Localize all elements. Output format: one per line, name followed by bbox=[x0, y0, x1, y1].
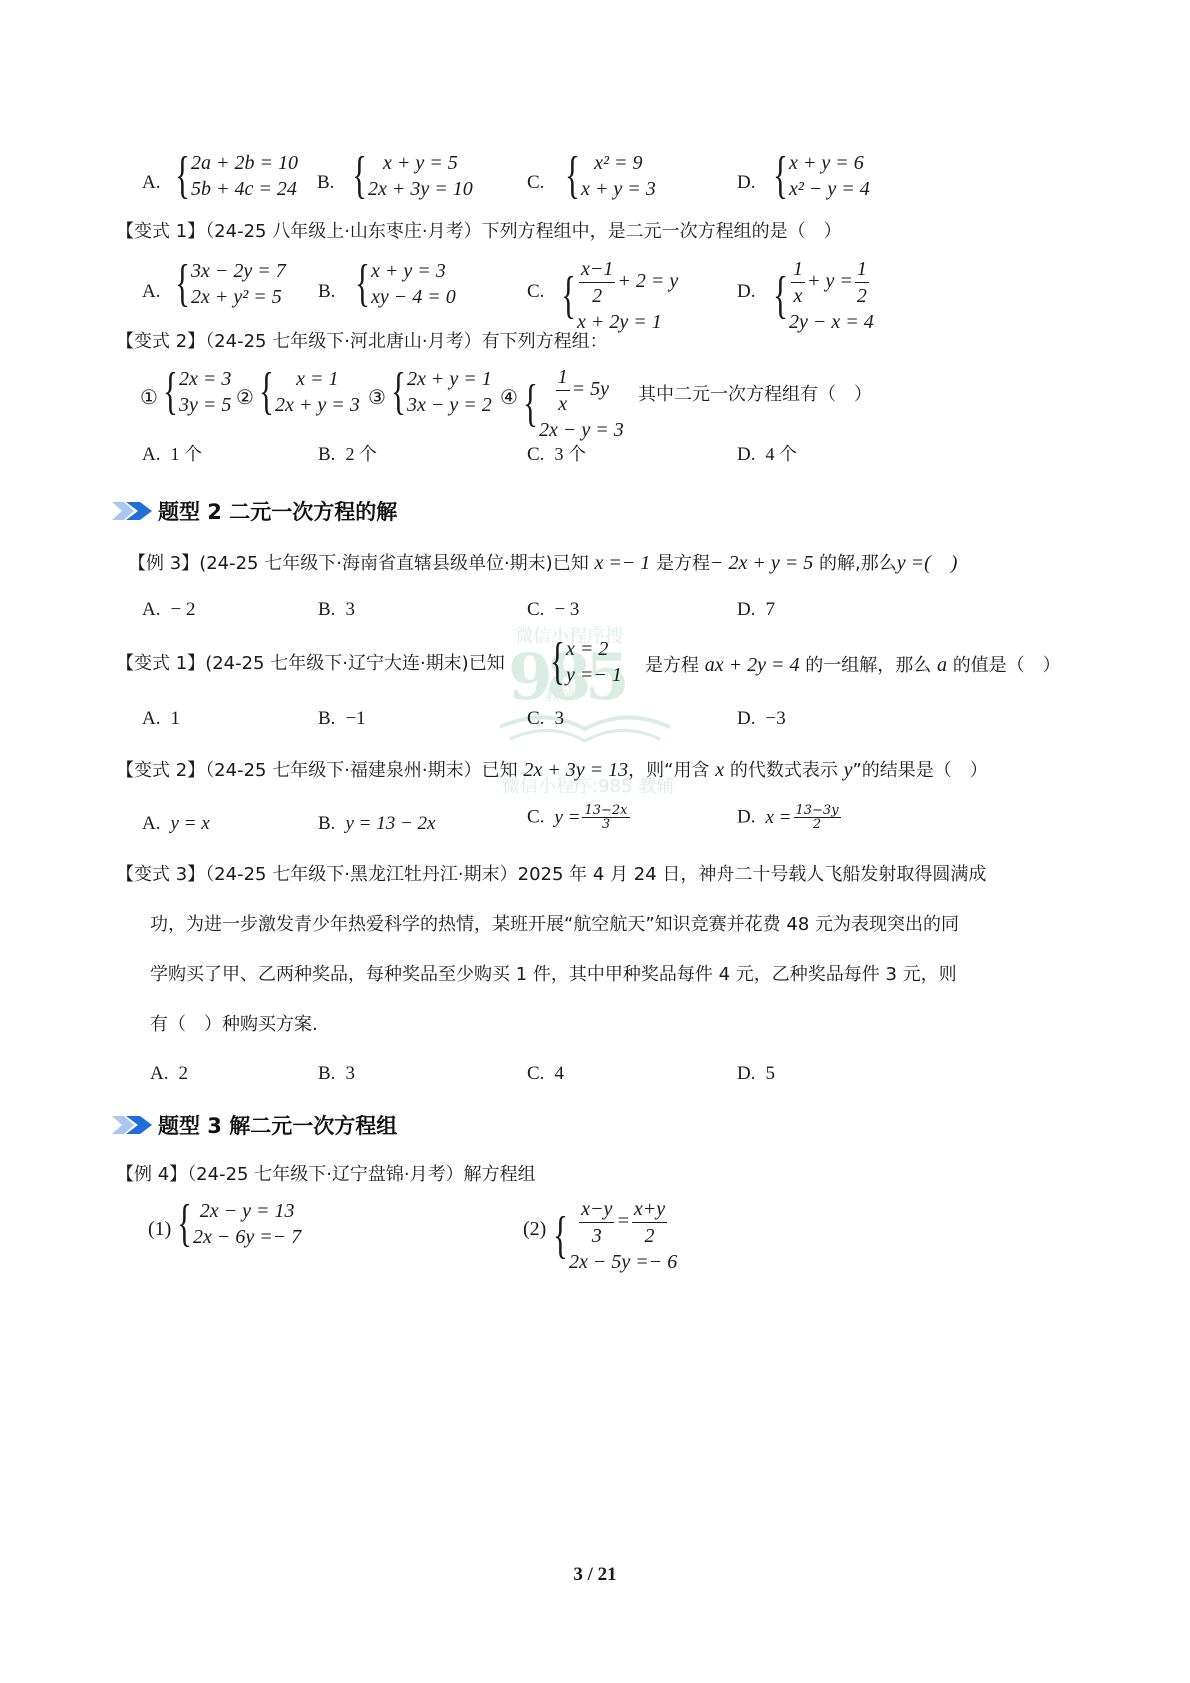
system-3-mark: ③ bbox=[368, 385, 386, 410]
s2-variant1-option-a[interactable]: A.1 bbox=[142, 707, 180, 730]
variant2-system-2: { x = 12x + y = 3 bbox=[254, 366, 360, 418]
s2-variant1-option-d[interactable]: D.−3 bbox=[737, 707, 786, 730]
variant2-system-4: { 1x= 5y 2x − y = 3 bbox=[518, 364, 624, 443]
variant1-stem: 【变式 1】（24-25 八年级上·山东枣庄·月考）下列方程组中，是二元一次方程… bbox=[116, 223, 842, 241]
example4-system-1: { 2x − y = 132x − 6y =− 7 bbox=[172, 1198, 301, 1250]
example3-option-c[interactable]: C.− 3 bbox=[527, 598, 579, 621]
variant2-option-d[interactable]: D.4 个 bbox=[737, 440, 797, 466]
section-heading-2: 题型 2 二元一次方程的解 bbox=[112, 496, 397, 526]
variant2-system-3: { 2x + y = 13x − y = 2 bbox=[386, 366, 492, 418]
example3-option-b[interactable]: B.3 bbox=[318, 598, 355, 621]
variant1-option-a[interactable]: A. bbox=[142, 280, 160, 303]
s2-variant3-option-a[interactable]: A.2 bbox=[150, 1062, 188, 1085]
option-c[interactable]: C. bbox=[527, 171, 544, 194]
page-number: 3 / 21 bbox=[0, 1564, 1190, 1586]
system-4-mark: ④ bbox=[500, 385, 518, 410]
variant2-question: 其中二元一次方程组有（ ） bbox=[638, 386, 872, 404]
system-2-mark: ② bbox=[236, 385, 254, 410]
system-d: { x + y = 6x² − y = 4 bbox=[768, 150, 870, 202]
s2-variant1-system: { x = 2y =− 1 bbox=[545, 636, 622, 688]
s2-variant3-line1: 【变式 3】（24-25 七年级下·黑龙江牡丹江·期末）2025 年 4 月 2… bbox=[116, 866, 986, 884]
section-title: 题型 3 解二元一次方程组 bbox=[158, 1110, 397, 1140]
system-a: { 2a + 2b = 105b + 4c = 24 bbox=[170, 150, 298, 202]
s2-variant3-option-c[interactable]: C.4 bbox=[527, 1062, 564, 1085]
variant1-option-b[interactable]: B. bbox=[318, 280, 335, 303]
variant1-system-c: { x−12+ 2 = y x + 2y = 1 bbox=[556, 256, 678, 335]
variant1-system-a: { 3x − 2y = 72x + y² = 5 bbox=[170, 258, 286, 310]
variant2-option-b[interactable]: B.2 个 bbox=[318, 440, 377, 466]
variant2-stem: 【变式 2】（24-25 七年级下·河北唐山·月考）有下列方程组： bbox=[116, 333, 608, 351]
double-chevron-icon bbox=[112, 500, 154, 522]
variant1-option-c[interactable]: C. bbox=[527, 280, 544, 303]
s2-variant1-option-c[interactable]: C.3 bbox=[527, 707, 564, 730]
system-c: { x² = 9x + y = 3 bbox=[560, 150, 656, 202]
option-d[interactable]: D. bbox=[737, 171, 755, 194]
s2-variant3-option-b[interactable]: B.3 bbox=[318, 1062, 355, 1085]
section-title: 题型 2 二元一次方程的解 bbox=[158, 496, 397, 526]
s2-variant2-option-b[interactable]: B.y = 13 − 2x bbox=[318, 812, 435, 835]
variant1-system-b: { x + y = 3xy − 4 = 0 bbox=[350, 258, 456, 310]
s2-variant3-option-d[interactable]: D.5 bbox=[737, 1062, 775, 1085]
s2-variant3-line2: 功，为进一步激发青少年热爱科学的热情，某班开展“航空航天”知识竞赛并花费 48 … bbox=[150, 916, 959, 934]
system-1-mark: ① bbox=[140, 385, 158, 410]
s2-variant1-option-b[interactable]: B.−1 bbox=[318, 707, 366, 730]
s2-variant2-option-d[interactable]: D.x =13−3y2 bbox=[737, 804, 843, 831]
example3-stem: 【例 3】(24-25 七年级下·海南省直辖县级单位·期末)已知 x =− 1 … bbox=[128, 553, 957, 573]
part2-mark: (2) bbox=[523, 1218, 546, 1241]
s2-variant3-line4: 有（ ）种购买方案. bbox=[150, 1016, 318, 1034]
s2-variant1-stem-a: 【变式 1】(24-25 七年级下·辽宁大连·期末)已知 bbox=[116, 655, 505, 673]
variant1-option-d[interactable]: D. bbox=[737, 280, 755, 303]
double-chevron-icon bbox=[112, 1114, 154, 1136]
book-icon bbox=[490, 707, 680, 747]
variant2-system-1: { 2x = 33y = 5 bbox=[158, 366, 231, 418]
variant2-option-c[interactable]: C.3 个 bbox=[527, 440, 586, 466]
s2-variant2-option-a[interactable]: A.y = x bbox=[142, 812, 210, 835]
example4-system-2: { x−y3=x+y2 2x − 5y =− 6 bbox=[548, 1196, 677, 1275]
s2-variant2-stem: 【变式 2】（24-25 七年级下·福建泉州·期末）已知 2x + 3y = 1… bbox=[116, 760, 988, 780]
part1-mark: (1) bbox=[148, 1218, 171, 1241]
s2-variant2-option-c[interactable]: C.y =13−2x3 bbox=[527, 804, 632, 831]
section-heading-3: 题型 3 解二元一次方程组 bbox=[112, 1110, 397, 1140]
variant1-system-d: { 1x+ y =12 2y − x = 4 bbox=[768, 256, 874, 335]
variant2-option-a[interactable]: A.1 个 bbox=[142, 440, 202, 466]
option-a[interactable]: A. bbox=[142, 171, 160, 194]
example3-option-a[interactable]: A.− 2 bbox=[142, 598, 195, 621]
s2-variant1-stem-b: 是方程 ax + 2y = 4 的一组解，那么 a 的值是（ ） bbox=[645, 655, 1061, 675]
option-b[interactable]: B. bbox=[317, 171, 334, 194]
s2-variant3-line3: 学购买了甲、乙两种奖品，每种奖品至少购买 1 件，其中甲种奖品每件 4 元，乙种… bbox=[150, 966, 957, 984]
example4-stem: 【例 4】（24-25 七年级下·辽宁盘锦·月考）解方程组 bbox=[116, 1166, 536, 1184]
example3-option-d[interactable]: D.7 bbox=[737, 598, 775, 621]
system-b: { x + y = 52x + 3y = 10 bbox=[347, 150, 473, 202]
